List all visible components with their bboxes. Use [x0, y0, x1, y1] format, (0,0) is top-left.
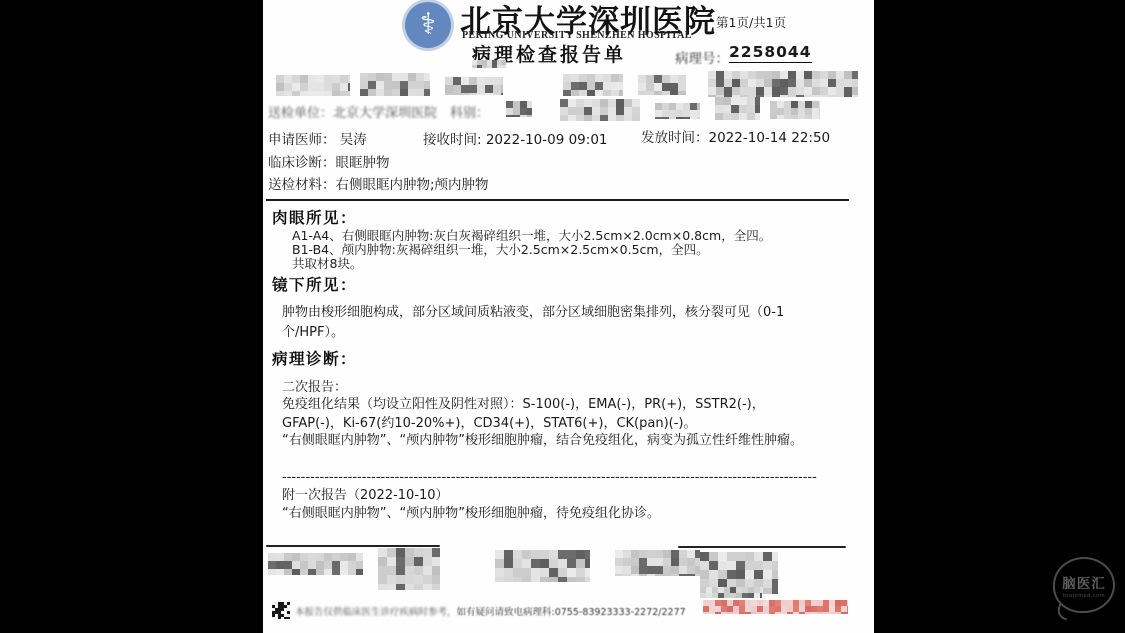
first-report-text: “右侧眼眶内肿物”、“颅内肿物”梭形细胞肿瘤，待免疫组化协诊。 [282, 504, 814, 524]
gross-findings-heading: 肉眼所见： [272, 206, 357, 228]
dept-redaction [715, 97, 760, 120]
pathology-report-document: ⚕ 北京大学深圳医院 PEKING UNIVERSITY SHENZHEN HO… [263, 0, 874, 633]
caduceus-icon: ⚕ [420, 10, 436, 40]
signature-redaction [615, 550, 700, 576]
title-redaction-smudge [472, 60, 506, 68]
patient-info-redaction [708, 71, 858, 97]
dept-redaction [560, 99, 640, 121]
first-report-label: 附一次报告（2022-10-10） [282, 486, 449, 506]
watermark-name-en: brainmed.com [1063, 593, 1105, 599]
barcode-icon [272, 602, 290, 619]
dept-redaction [506, 101, 532, 117]
section-divider-line [266, 199, 849, 201]
micro-findings-heading: 镜下所见： [272, 273, 357, 295]
specimen-material: 送检材料：右侧眼眶内肿物;颅内肿物 [268, 173, 489, 193]
receive-time: 接收时间: 2022-10-09 09:01 [423, 128, 608, 148]
submit-unit-line: 送检单位：北京大学深圳医院 科别： [268, 102, 489, 121]
footer-note: 本报告仅供临床医生诊疗疾病时参考，如有疑问请致电病理科:0755-8392333… [295, 604, 686, 618]
screen: { "header": { "hospital_name_cn": "北京大学深… [0, 0, 1125, 633]
patient-info-redaction [638, 75, 686, 95]
brainmed-watermark: 脑医汇 brainmed.com [1049, 555, 1121, 623]
watermark-bubble-tail [1055, 603, 1071, 620]
footer-redaction-red [703, 600, 848, 614]
dept-redaction [655, 103, 700, 119]
issue-time: 发放时间：2022-10-14 22:50 [641, 126, 830, 146]
pathology-no-value: 2258044 [729, 43, 812, 63]
patient-info-redaction [563, 74, 623, 96]
gross-line-3: 共取材8块。 [292, 257, 362, 272]
page-indicator: 第1页/共1页 [716, 13, 786, 31]
watermark-name-cn: 脑医汇 [1062, 572, 1106, 592]
footer-note-clear: 如有疑问请致电病理科:0755-83923333-2272/2277 [457, 607, 686, 618]
signature-line-left [266, 545, 440, 547]
ihc-result-text: 免疫组化结果（均设立阳性及阴性对照）：S-100(-)，EMA(-)，PR(+)… [282, 395, 814, 433]
dashed-divider: ----------------------------------------… [282, 470, 817, 485]
diagnosis-conclusion: “右侧眼眶内肿物”、“颅内肿物”梭形细胞肿瘤，结合免疫组化，病变为孤立性纤维性肿… [282, 431, 814, 450]
diagnosis-heading: 病理诊断： [272, 347, 357, 369]
pathology-no-label: 病理号： [675, 47, 729, 67]
footer-redaction-gray [700, 587, 762, 598]
clinical-diagnosis: 临床诊断：眼眶肿物 [268, 151, 390, 171]
dept-redaction [770, 101, 820, 119]
signature-line-right [678, 546, 846, 548]
signature-redaction [378, 548, 440, 590]
request-doctor: 申请医师： 吴涛 [268, 128, 367, 148]
micro-findings-text: 肿物由梭形细胞构成，部分区域间质粘液变，部分区域细胞密集排列，核分裂可见（0-1… [282, 303, 804, 343]
patient-info-redaction [276, 75, 350, 96]
hospital-logo: ⚕ [405, 2, 451, 48]
signature-redaction [268, 553, 363, 575]
signature-redaction [495, 550, 590, 582]
patient-info-redaction [360, 73, 430, 96]
patient-info-redaction [445, 77, 503, 95]
footer-note-blurred: 本报告仅供临床医生诊疗疾病时参考， [295, 607, 457, 618]
